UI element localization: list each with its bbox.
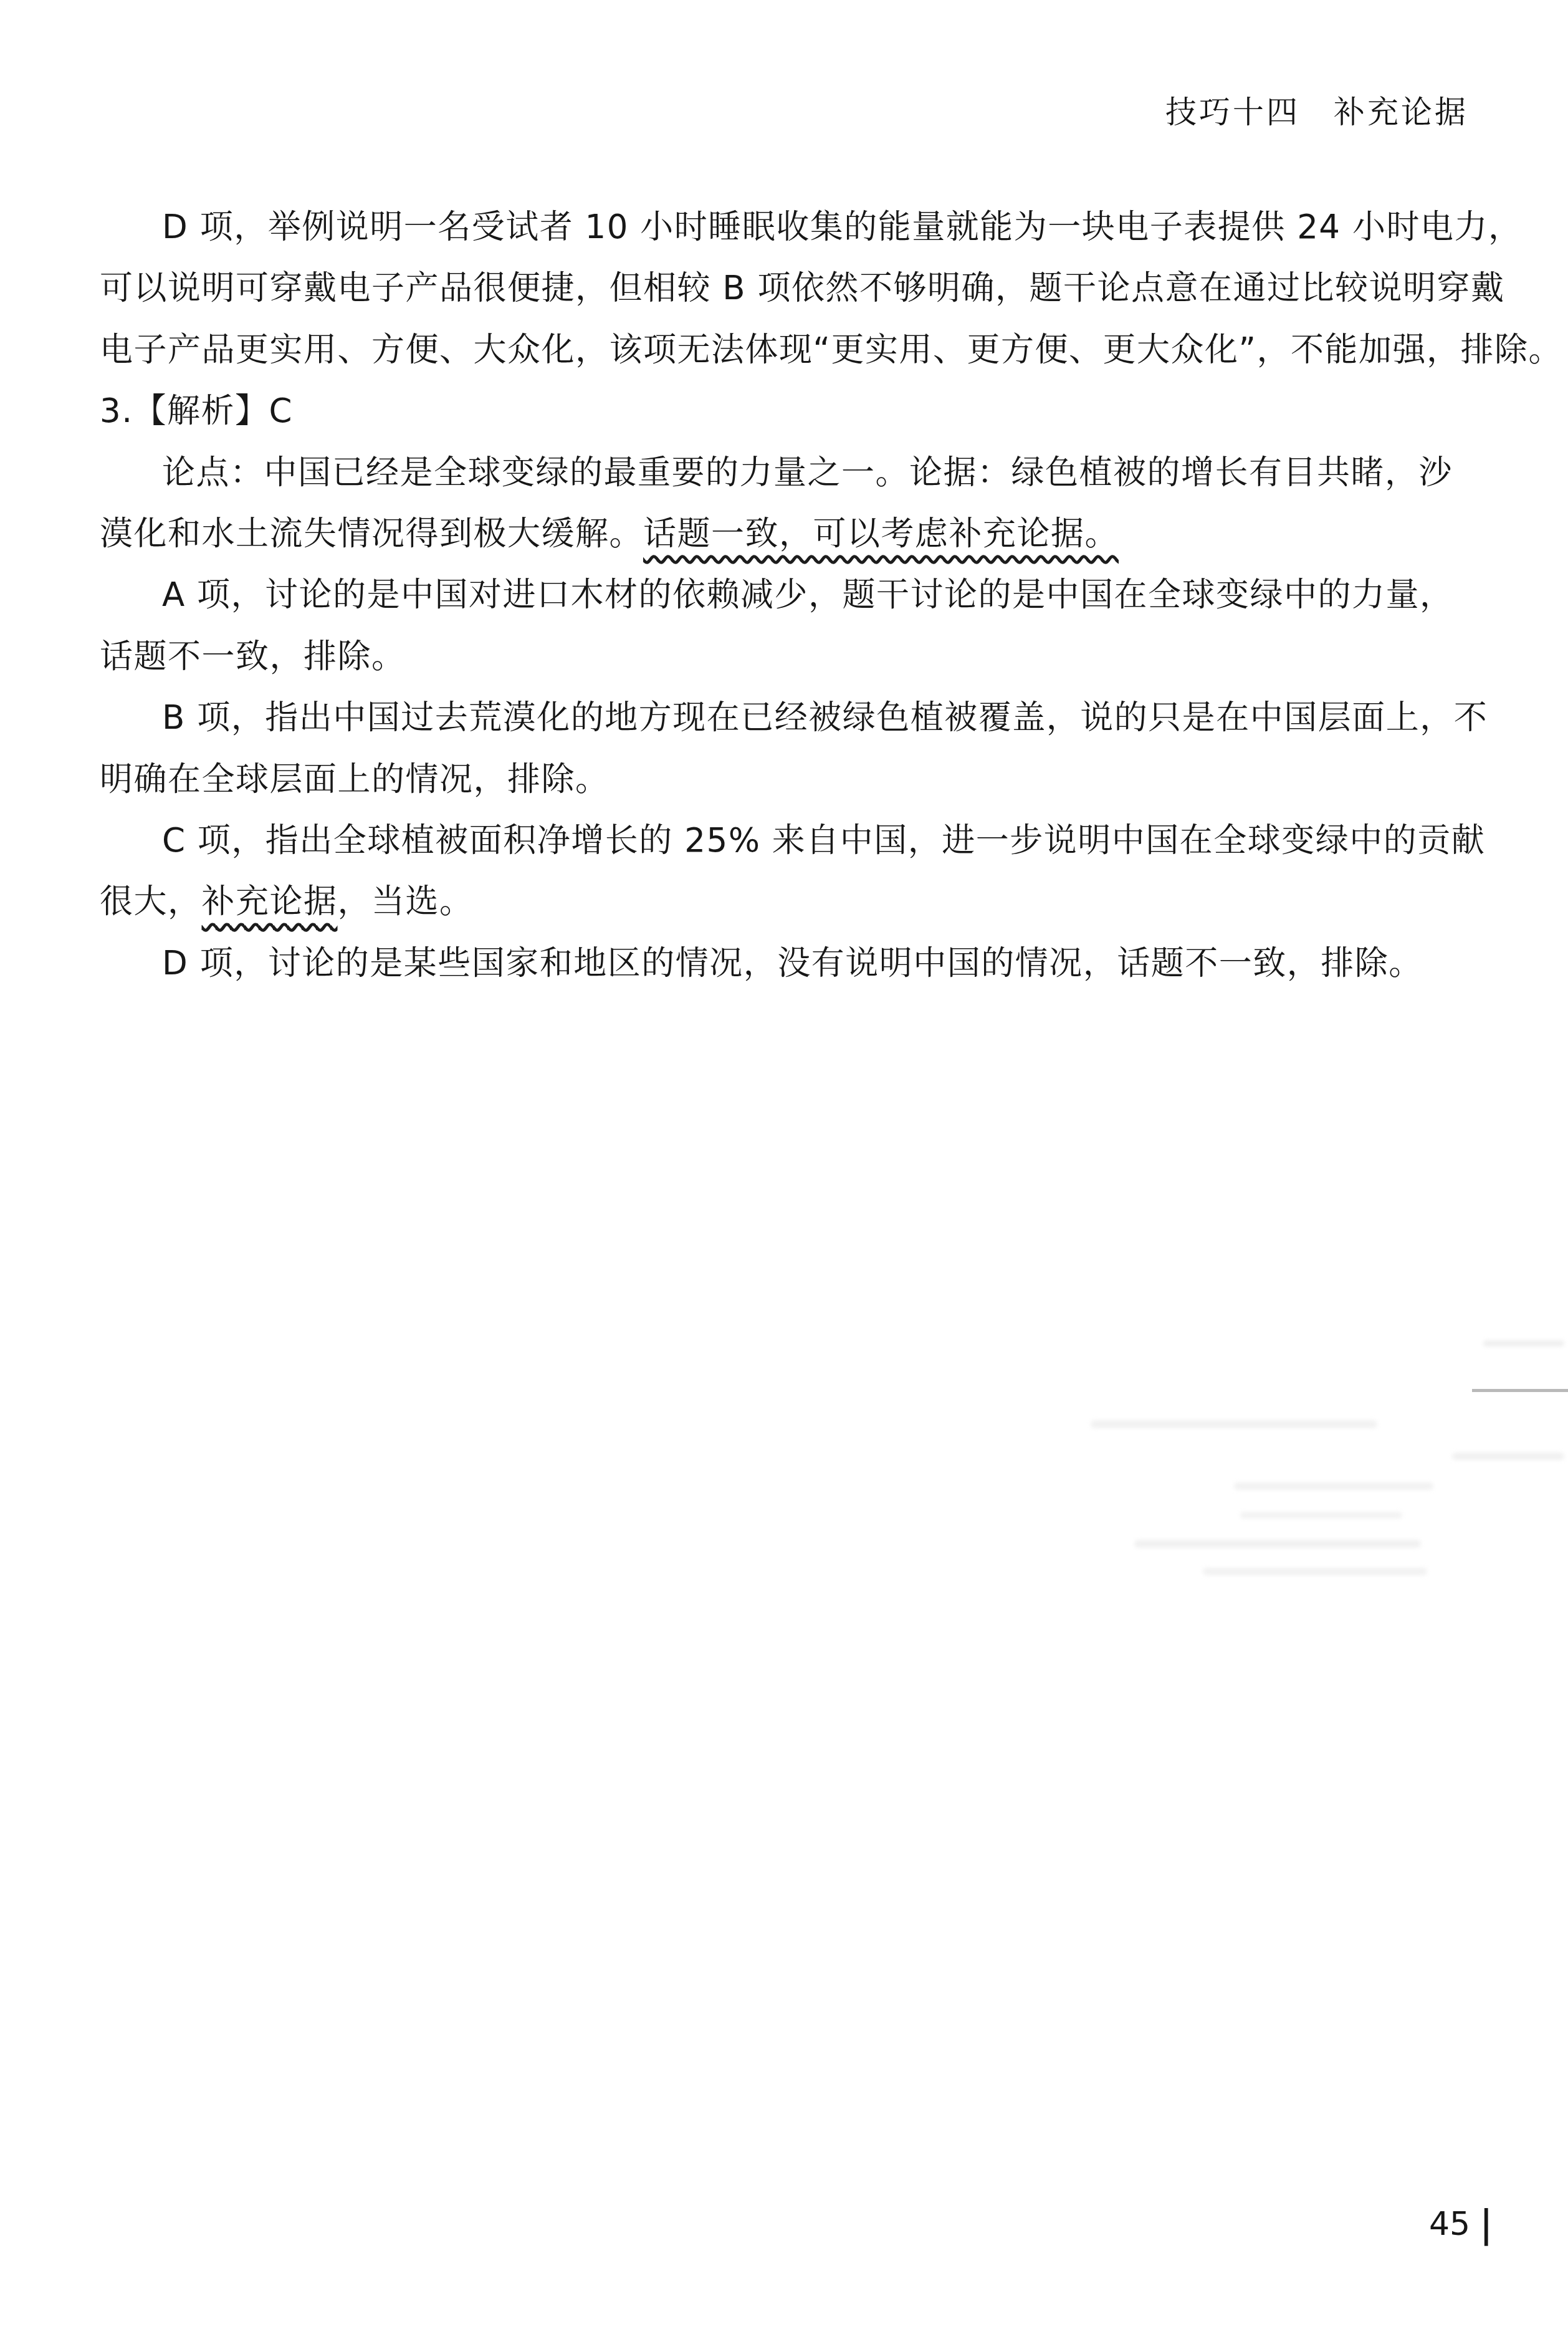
running-head-chapter-title: 技巧十四 补充论据 [1165,87,1468,132]
text-segment: 很大， [100,883,202,921]
text-segment: 话题不一致，排除。 [100,638,406,676]
scan-artifact [1452,1453,1564,1460]
scanned-document-page: 技巧十四 补充论据 D 项，举例说明一名受试者 10 小时睡眠收集的能量就能为一… [0,0,1568,2339]
page-number-divider: | [1480,2203,1492,2246]
text-segment: C 项，指出全球植被面积净增长的 25% 来自中国，进一步说明中国在全球变绿中的… [162,822,1485,860]
text-segment: 可以说明可穿戴电子产品很便捷，但相较 B 项依然不够明确，题干论点意在通过比较说… [100,269,1505,307]
page-footer: 45 | [1429,2206,1492,2243]
text-line: 明确在全球层面上的情况，排除。 [100,749,1478,810]
page-number: 45 [1429,2206,1470,2243]
text-line: 很大，补充论据，当选。 [100,872,1478,933]
text-segment: 电子产品更实用、方便、大众化，该项无法体现“更实用、更方便、更大众化”，不能加强… [100,331,1562,369]
text-segment: B 项，指出中国过去荒漠化的地方现在已经被绿色植被覆盖，说的只是在中国层面上，不 [162,699,1488,737]
scan-artifact [1483,1340,1564,1347]
text-segment: 漠化和水土流失情况得到极大缓解。 [100,515,643,553]
text-line: 3.【解析】C [100,381,1478,442]
text-line: 话题不一致，排除。 [100,627,1478,688]
text-line: 漠化和水土流失情况得到极大缓解。话题一致，可以考虑补充论据。 [100,504,1478,565]
text-line: A 项，讨论的是中国对进口木材的依赖减少，题干讨论的是中国在全球变绿中的力量， [100,565,1478,626]
text-line: 电子产品更实用、方便、大众化，该项无法体现“更实用、更方便、更大众化”，不能加强… [100,320,1478,381]
scan-artifact [1203,1568,1427,1575]
text-segment: D 项，讨论的是某些国家和地区的情况，没有说明中国的情况，话题不一致，排除。 [162,944,1423,982]
wavy-underlined-text: 话题一致，可以考虑补充论据。 [643,515,1119,553]
scan-artifact [1240,1512,1402,1519]
text-line: D 项，讨论的是某些国家和地区的情况，没有说明中国的情况，话题不一致，排除。 [100,933,1478,994]
text-segment: D 项，举例说明一名受试者 10 小时睡眠收集的能量就能为一块电子表提供 24 … [162,208,1522,246]
text-segment: 论点：中国已经是全球变绿的最重要的力量之一。论据：绿色植被的增长有目共睹，沙 [162,454,1453,492]
scan-artifact [1234,1482,1433,1490]
text-segment: 明确在全球层面上的情况，排除。 [100,761,610,799]
text-line: 论点：中国已经是全球变绿的最重要的力量之一。论据：绿色植被的增长有目共睹，沙 [100,443,1478,504]
text-line: B 项，指出中国过去荒漠化的地方现在已经被绿色植被覆盖，说的只是在中国层面上，不 [100,688,1478,749]
scan-artifact [1134,1540,1421,1548]
answer-explanation-text-block: D 项，举例说明一名受试者 10 小时睡眠收集的能量就能为一块电子表提供 24 … [100,197,1478,994]
text-segment: A 项，讨论的是中国对进口木材的依赖减少，题干讨论的是中国在全球变绿中的力量， [162,576,1454,614]
scan-artifact [1091,1420,1377,1428]
text-segment: 3.【解析】C [100,392,293,430]
scan-artifact [1472,1389,1568,1392]
text-line: C 项，指出全球植被面积净增长的 25% 来自中国，进一步说明中国在全球变绿中的… [100,810,1478,872]
text-segment: ，当选。 [338,883,474,921]
text-line: D 项，举例说明一名受试者 10 小时睡眠收集的能量就能为一块电子表提供 24 … [100,197,1478,258]
wavy-underlined-text: 补充论据 [202,883,338,921]
text-line: 可以说明可穿戴电子产品很便捷，但相较 B 项依然不够明确，题干论点意在通过比较说… [100,258,1478,319]
